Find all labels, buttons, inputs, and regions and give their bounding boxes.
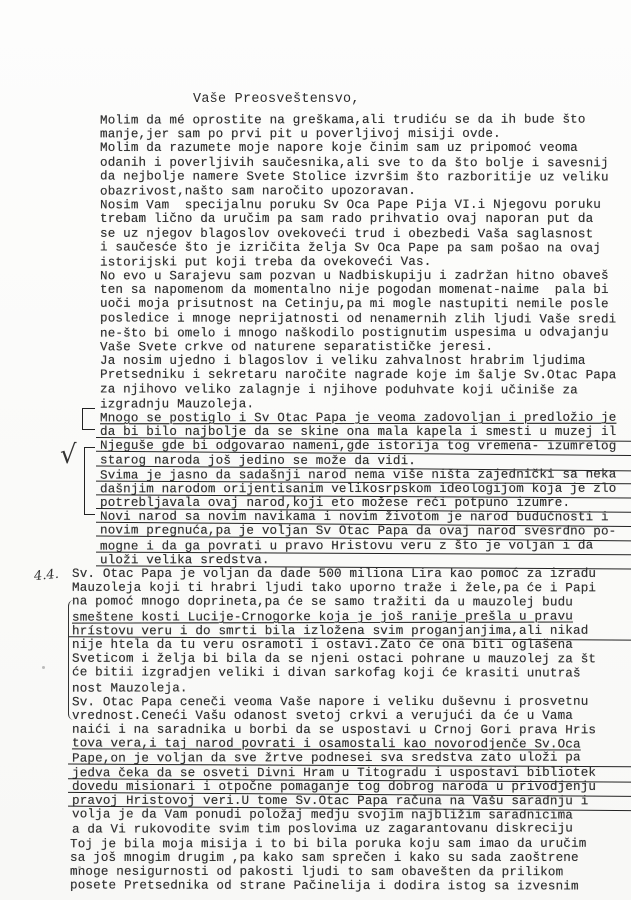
letter-line: potrebljavala ovaj narod,koji eto možese… [100, 496, 631, 510]
letter-line: sa još mnogim drugim ,pa kako sam spreče… [70, 851, 631, 865]
margin-brace-mark [68, 600, 77, 720]
letter-line: obazrivost,našto sam naročito upozoravan… [100, 183, 631, 198]
letter-line: uoči moja prisutnost na Cetinju,pa mi mo… [100, 297, 631, 312]
letter-line: manje,jer sam po prvi pit u poverljivoj … [100, 127, 631, 142]
letter-line: da bi bilo najbolje da se skine ona mala… [100, 425, 631, 439]
letter-line: Njeguše gde bi odgovarao nameni,gde isto… [100, 439, 631, 454]
letter-body: Molim da mé oprostite na greškama,ali tr… [100, 113, 631, 893]
letter-line: ne-što bi omelo i mnogo naškodilo postig… [100, 325, 631, 340]
letter-line: Molim da razumete moje napore koje činim… [100, 141, 631, 155]
letter-page: Vaše Preosveštensvo, Molim da mé oprosti… [0, 0, 631, 900]
letter-line: dašnjim narodom orijentisanim velikosrps… [100, 482, 631, 497]
letter-line: će bitii izgradjen veliki i divan sarkof… [72, 666, 631, 681]
letter-line: pravoj Hristovoj veri.U tome Sv.Otac Pap… [72, 794, 631, 809]
letter-line: na pomoć mnogo doprineta,pa će se samo t… [72, 595, 631, 610]
letter-line: i saučesće što je izričita želja Sv Oca … [100, 240, 631, 255]
letter-line: starog naroda još jedino se može da vidi… [100, 453, 631, 468]
margin-bracket-middle [84, 447, 95, 515]
letter-line: za njihovo veliko zalagnje i njihove pod… [100, 382, 631, 397]
paper-speck [42, 666, 45, 669]
letter-line: vrednost.Ceneći Vašu odanost svetoj crkv… [72, 709, 631, 723]
letter-line: posete Pretsednika od strane Pačinelija … [70, 879, 631, 894]
letter-line: nost Mauzoleja. [72, 680, 631, 695]
letter-line: odanih i poverljivih saučesnika,ali sve … [100, 155, 631, 170]
letter-line: Pretsedniku i sekretaru naročite nagrade… [100, 368, 631, 383]
letter-line: Svima je jasno da sadašnji narod nema vi… [100, 467, 631, 482]
letter-line: Molim da mé oprostite na greškama,ali tr… [100, 112, 631, 127]
letter-line: posledice i mnoge neprijatnosti od nenam… [100, 311, 631, 326]
letter-line: novim pregnuća,pa je voljan Sv Otac Papa… [100, 524, 631, 539]
letter-line: Nosim Vam specijalnu poruku Sv Oca Pape … [100, 198, 631, 213]
letter-line: Vaše Svete crkve od naturene separatisti… [100, 340, 631, 355]
letter-line: Mnogo se postiglo i Sv Otac Papa je veom… [100, 411, 631, 426]
letter-line: smeštene kosti Lucije-Crnogorke koja je … [72, 609, 631, 624]
letter-line: mogne i da ga povrati u pravo Hristovu v… [100, 538, 631, 553]
letter-line: Pape,on je voljan da sve žrtve podnesei … [72, 751, 631, 766]
letter-line: da nejbolje namere Svete Stolice izvršim… [100, 169, 631, 184]
letter-line: Toj je bila moja misija i to bi bila por… [70, 836, 631, 851]
check-mark-icon: √ [60, 440, 77, 470]
letter-line: ten sa napomenom da momentalno nije pogo… [100, 283, 631, 297]
letter-line: trebam lično da uručim pa sam rado prihv… [100, 212, 631, 226]
letter-line: nije htela da tu veru osramoti i ostavi.… [72, 638, 631, 652]
letter-line: izgradnju Mauzoleja. [100, 396, 631, 411]
letter-line: Novi narod sa novim navikama i novim živ… [100, 510, 631, 525]
letter-line: mnoge nesigurnosti od pakosti ljudi to s… [70, 865, 631, 880]
paper-speck [78, 866, 81, 869]
letter-line: se uz njegov blagoslov ovekoveći trud i … [100, 226, 631, 241]
letter-line: a da Vi rukovodite svim tim poslovima uz… [72, 822, 631, 837]
letter-line: naići i na saradnika u borbi da se uspos… [72, 723, 631, 738]
letter-line: Mauzoleja koji ti hrabri ljudi tako upor… [72, 581, 631, 596]
letter-line: istorijski put koji treba da ovekoveći V… [100, 254, 631, 269]
margin-bracket-upper [82, 408, 95, 430]
letter-line: Sveticom i želja bi bila da se njeni ost… [72, 652, 631, 667]
salutation: Vaše Preosveštensvo, [193, 92, 360, 107]
letter-line: jedva čeka da se osveti Divni Hram u Tit… [72, 765, 631, 780]
handwritten-margin-note: 4.4. [33, 567, 59, 585]
letter-line: uloži velika sredstva. [100, 553, 631, 568]
letter-line: hrístovu veru i do smrti bila izložena s… [72, 623, 631, 638]
letter-line: Sv. Otac Papa ceneči veoma Vaše napore i… [72, 694, 631, 709]
letter-line: dovedu misionari i otpočne pomaganje tog… [72, 780, 631, 794]
letter-line: No evo u Sarajevu sam pozvan u Nadbiskup… [100, 269, 631, 284]
letter-line: Sv. Otac Papa je voljan da dade 500 mili… [72, 567, 631, 581]
letter-line: Ja nosim ujedno i blagoslov i veliku zah… [100, 354, 631, 368]
